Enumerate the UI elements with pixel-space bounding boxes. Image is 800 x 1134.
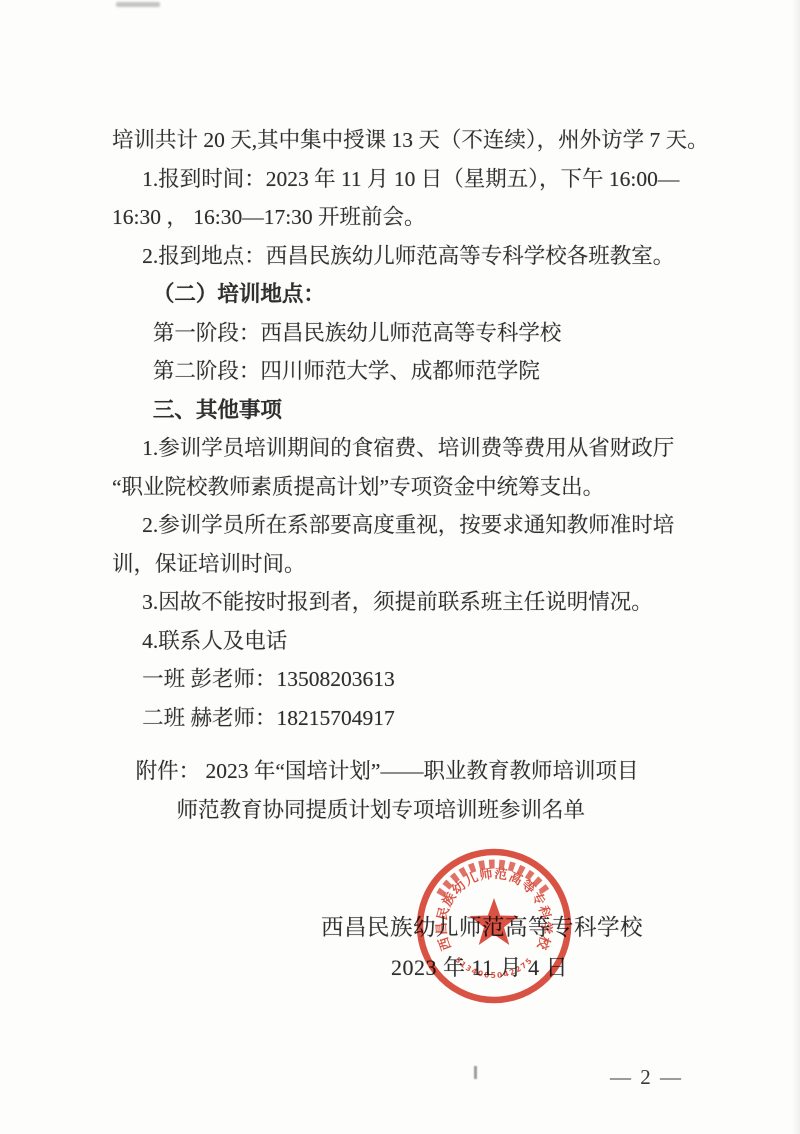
doc-contact-class1: 一班 彭老师：13508203613: [112, 660, 710, 699]
doc-line: “职业院校教师素质提高计划”专项资金中统筹支出。: [112, 468, 710, 507]
doc-line: 2.报到地点：西昌民族幼儿师范高等专科学校各班教室。: [112, 237, 710, 276]
svg-text:5134005042275: 5134005042275: [453, 955, 535, 980]
doc-line: 1.报到时间：2023 年 11 月 10 日（星期五），下午 16:00—: [112, 160, 710, 199]
doc-line: 1.参训学员培训期间的食宿费、培训费等费用从省财政厅: [112, 429, 710, 468]
page-number: — 2 —: [610, 1065, 683, 1090]
scan-artifact-tick: [474, 1066, 477, 1079]
doc-heading-training-location: （二）培训地点：: [112, 275, 710, 314]
seal-star-icon: [469, 898, 518, 945]
doc-attachment-line1: 附件： 2023 年“国培计划”——职业教育教师培训项目: [112, 752, 710, 791]
doc-contact-class2: 二班 赫老师：18215704917: [112, 699, 710, 738]
doc-line: 16:30 ， 16:30—17:30 开班前会。: [112, 198, 710, 237]
document-body: 培训共计 20 天,其中集中授课 13 天（不连续），州外访学 7 天。 1.报…: [112, 121, 710, 829]
doc-line: 培训共计 20 天,其中集中授课 13 天（不连续），州外访学 7 天。: [112, 121, 710, 160]
doc-line: 第一阶段：西昌民族幼儿师范高等专科学校: [112, 314, 710, 353]
doc-line: 训，保证培训时间。: [112, 545, 710, 584]
official-seal: 西昌民族幼儿师范高等专科学校 5134005042275: [414, 846, 574, 1006]
doc-line: 4.联系人及电话: [112, 622, 710, 661]
doc-heading-other-matters: 三、其他事项: [112, 391, 710, 430]
doc-line: 第二阶段：四川师范大学、成都师范学院: [112, 352, 710, 391]
scan-edge-shade: [792, 0, 800, 1134]
doc-line: 2.参训学员所在系部要高度重视，按要求通知教师准时培: [112, 506, 710, 545]
doc-attachment-line2: 师范教育协同提质计划专项培训班参训名单: [112, 791, 710, 830]
doc-line: 3.因故不能按时报到者，须提前联系班主任说明情况。: [112, 583, 710, 622]
scan-artifact-top: [116, 2, 160, 7]
seal-serial-number: 5134005042275: [453, 955, 535, 980]
